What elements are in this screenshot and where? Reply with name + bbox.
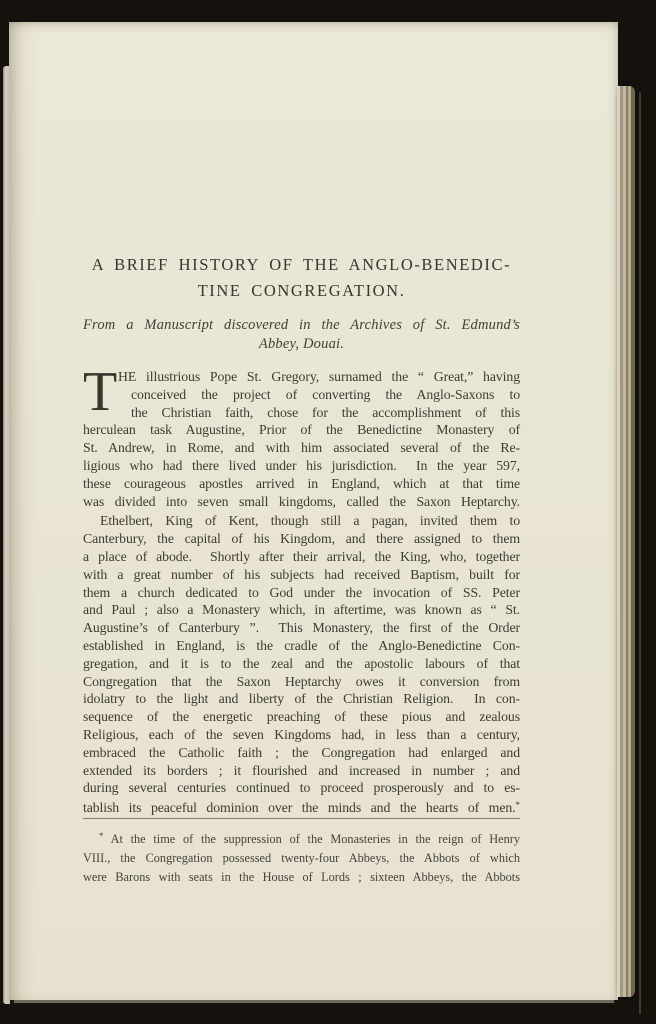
page-subtitle: From a Manuscript discovered in the Arch… xyxy=(83,316,520,354)
text-line: From a Manuscript discovered in the Arch… xyxy=(83,316,520,335)
text-line: with a great number of his subjects had … xyxy=(83,566,520,584)
photo-background: { "page": { "title_lines": [ "A BRIEF HI… xyxy=(0,0,656,1024)
body-text: THE illustrious Pope St. Gregory, surnam… xyxy=(83,368,520,817)
text-line: embraced the Catholic faith ; the Congre… xyxy=(83,744,520,762)
text-line: A BRIEF HISTORY OF THE ANGLO-BENEDIC- xyxy=(83,252,520,278)
text-line: these courageous apostles arrived in Eng… xyxy=(83,475,520,493)
page-bottom-edge xyxy=(14,1000,614,1003)
text-line: Augustine’s of Canterbury ”. This Monast… xyxy=(83,619,520,637)
text-line: VIII., the Congregation possessed twenty… xyxy=(83,849,520,868)
text-line: gregation, and it is to the zeal and the… xyxy=(83,655,520,673)
text-line: extended its borders ; it flourished and… xyxy=(83,762,520,780)
text-line: herculean task Augustine, Prior of the B… xyxy=(83,421,520,439)
book-cover-edge xyxy=(639,92,641,1014)
text-line: during several centuries continued to pr… xyxy=(83,779,520,797)
footnote-divider xyxy=(83,818,520,819)
book-fore-edge xyxy=(617,86,635,997)
text-line: Religious, each of the seven Kingdoms ha… xyxy=(83,726,520,744)
text-line: a place of abode. Shortly after their ar… xyxy=(83,548,520,566)
text-line: was divided into seven small kingdoms, c… xyxy=(83,493,520,511)
text-line: established in England, is the cradle of… xyxy=(83,637,520,655)
footnote: * At the time of the suppression of the … xyxy=(83,827,520,887)
text-line: Abbey, Douai. xyxy=(83,335,520,354)
text-line: tablish its peaceful dominion over the m… xyxy=(83,797,520,817)
text-line: Ethelbert, King of Kent, though still a … xyxy=(83,512,520,530)
text-line: sequence of the energetic preaching of t… xyxy=(83,708,520,726)
text-line: them a church dedicated to God under the… xyxy=(83,584,520,602)
text-line: Canterbury, the capital of his Kingdom, … xyxy=(83,530,520,548)
page-title: A BRIEF HISTORY OF THE ANGLO-BENEDIC-TIN… xyxy=(83,252,520,304)
text-line: idolatry to the light and liberty of the… xyxy=(83,690,520,708)
text-line: conceived the project of converting the … xyxy=(83,386,520,404)
text-line: TINE CONGREGATION. xyxy=(83,278,520,304)
text-block: A BRIEF HISTORY OF THE ANGLO-BENEDIC-TIN… xyxy=(83,22,520,887)
footnote-marker: * xyxy=(516,800,521,810)
text-line: Congregation that the Saxon Heptarchy ow… xyxy=(83,673,520,691)
text-line: and Paul ; also a Monastery which, in af… xyxy=(83,601,520,619)
paragraph: Ethelbert, King of Kent, though still a … xyxy=(83,512,520,817)
book-page: A BRIEF HISTORY OF THE ANGLO-BENEDIC-TIN… xyxy=(9,22,618,1000)
text-line: * At the time of the suppression of the … xyxy=(83,827,520,849)
text-line: ligious who had there lived under his ju… xyxy=(83,457,520,475)
footnote-marker: * xyxy=(99,831,104,841)
text-line: St. Andrew, in Rome, and with him associ… xyxy=(83,439,520,457)
scanned-book-photo: A BRIEF HISTORY OF THE ANGLO-BENEDIC-TIN… xyxy=(0,0,656,1024)
text-line: the Christian faith, chose for the accom… xyxy=(83,404,520,422)
paragraph: THE illustrious Pope St. Gregory, surnam… xyxy=(83,368,520,510)
text-line: were Barons with seats in the House of L… xyxy=(83,868,520,887)
drop-cap: T xyxy=(83,364,117,420)
text-line: HE illustrious Pope St. Gregory, surname… xyxy=(83,368,520,386)
